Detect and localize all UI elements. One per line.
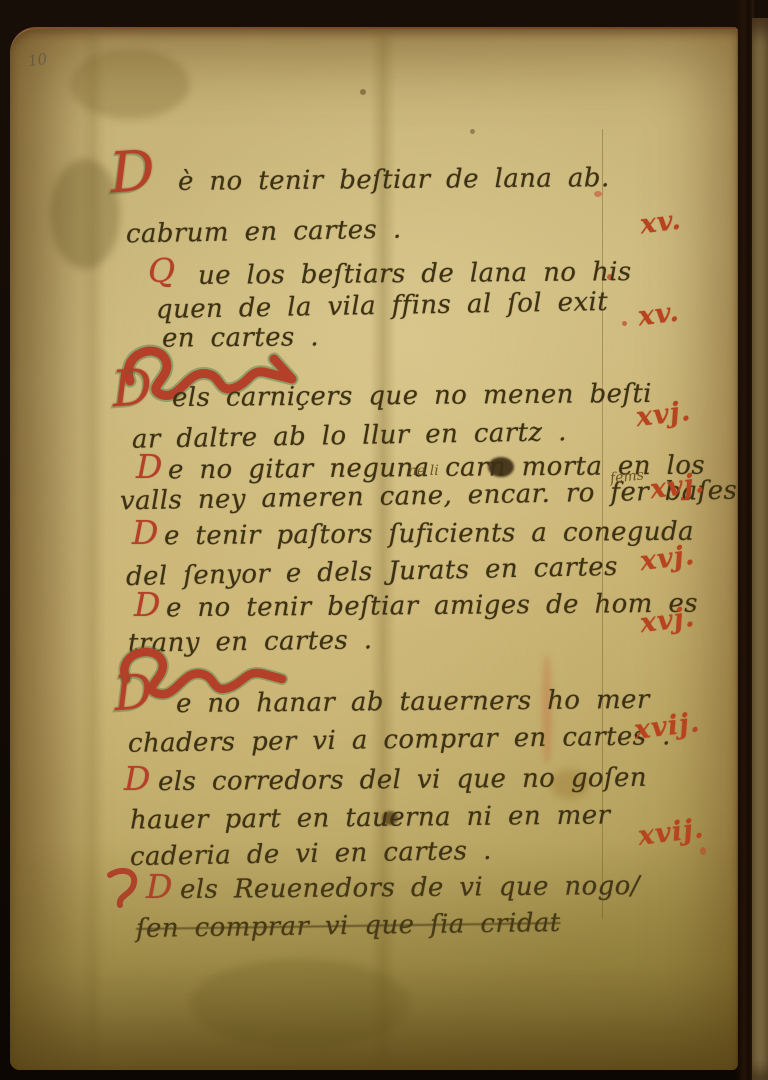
text-line: e tenir paſtors ſuficients a coneguda xyxy=(164,517,694,552)
margin-numeral: xv. xyxy=(638,205,683,241)
text-line: els corredors del vi que no goſen xyxy=(158,763,647,797)
rubric-initial: D xyxy=(134,585,160,624)
margin-numeral: xvj. xyxy=(638,540,696,577)
text-line: chaders per vi a comprar en cartes . xyxy=(128,721,671,759)
interlinear-note: ne li xyxy=(408,463,439,479)
rubric-initial: D xyxy=(132,513,158,552)
text-line: hauer part en tauerna ni en mer xyxy=(130,800,611,835)
rubric-initial: D xyxy=(136,447,162,486)
text-line: del ſenyor e dels Jurats en cartes xyxy=(126,552,618,592)
margin-numeral: xv. xyxy=(636,297,681,333)
text-line: cabrum en cartes . xyxy=(126,215,402,250)
rubric-initial: Q xyxy=(148,251,175,290)
text-line: e no hanar ab tauerners ho mer xyxy=(176,685,650,719)
text-line: ue los beſtiars de lana no his xyxy=(198,257,632,291)
next-page-edge xyxy=(752,18,768,1080)
ink-speck xyxy=(622,321,627,326)
margin-numeral: xvj. xyxy=(638,602,696,639)
manuscript-photo: 10 D è no tenir beſtiar de lana ab. cabr… xyxy=(0,0,768,1080)
text-line: ar daltre ab lo llur en cartz . xyxy=(132,417,567,455)
text-line: els carniçers que no menen beſti xyxy=(172,379,652,413)
edge-shading xyxy=(10,840,738,1070)
decorated-initial: D xyxy=(108,144,157,203)
margin-numeral: xvj. xyxy=(634,396,692,433)
ink-speck xyxy=(470,129,475,134)
text-line: e no tenir beſtiar amiges de hom es xyxy=(166,589,698,624)
margin-numeral: xvij. xyxy=(632,707,702,746)
decorated-initial: D xyxy=(112,668,154,719)
margin-numeral: xvj. xyxy=(648,468,706,505)
parchment-page: 10 D è no tenir beſtiar de lana ab. cabr… xyxy=(10,27,738,1070)
decorated-initial: D xyxy=(110,362,153,415)
text-line: quen de la vila ffins al ſol exit xyxy=(156,287,609,325)
rubric-initial: D xyxy=(124,759,150,798)
text-line: è no tenir beſtiar de lana ab. xyxy=(178,163,610,197)
ink-speck xyxy=(360,89,366,95)
